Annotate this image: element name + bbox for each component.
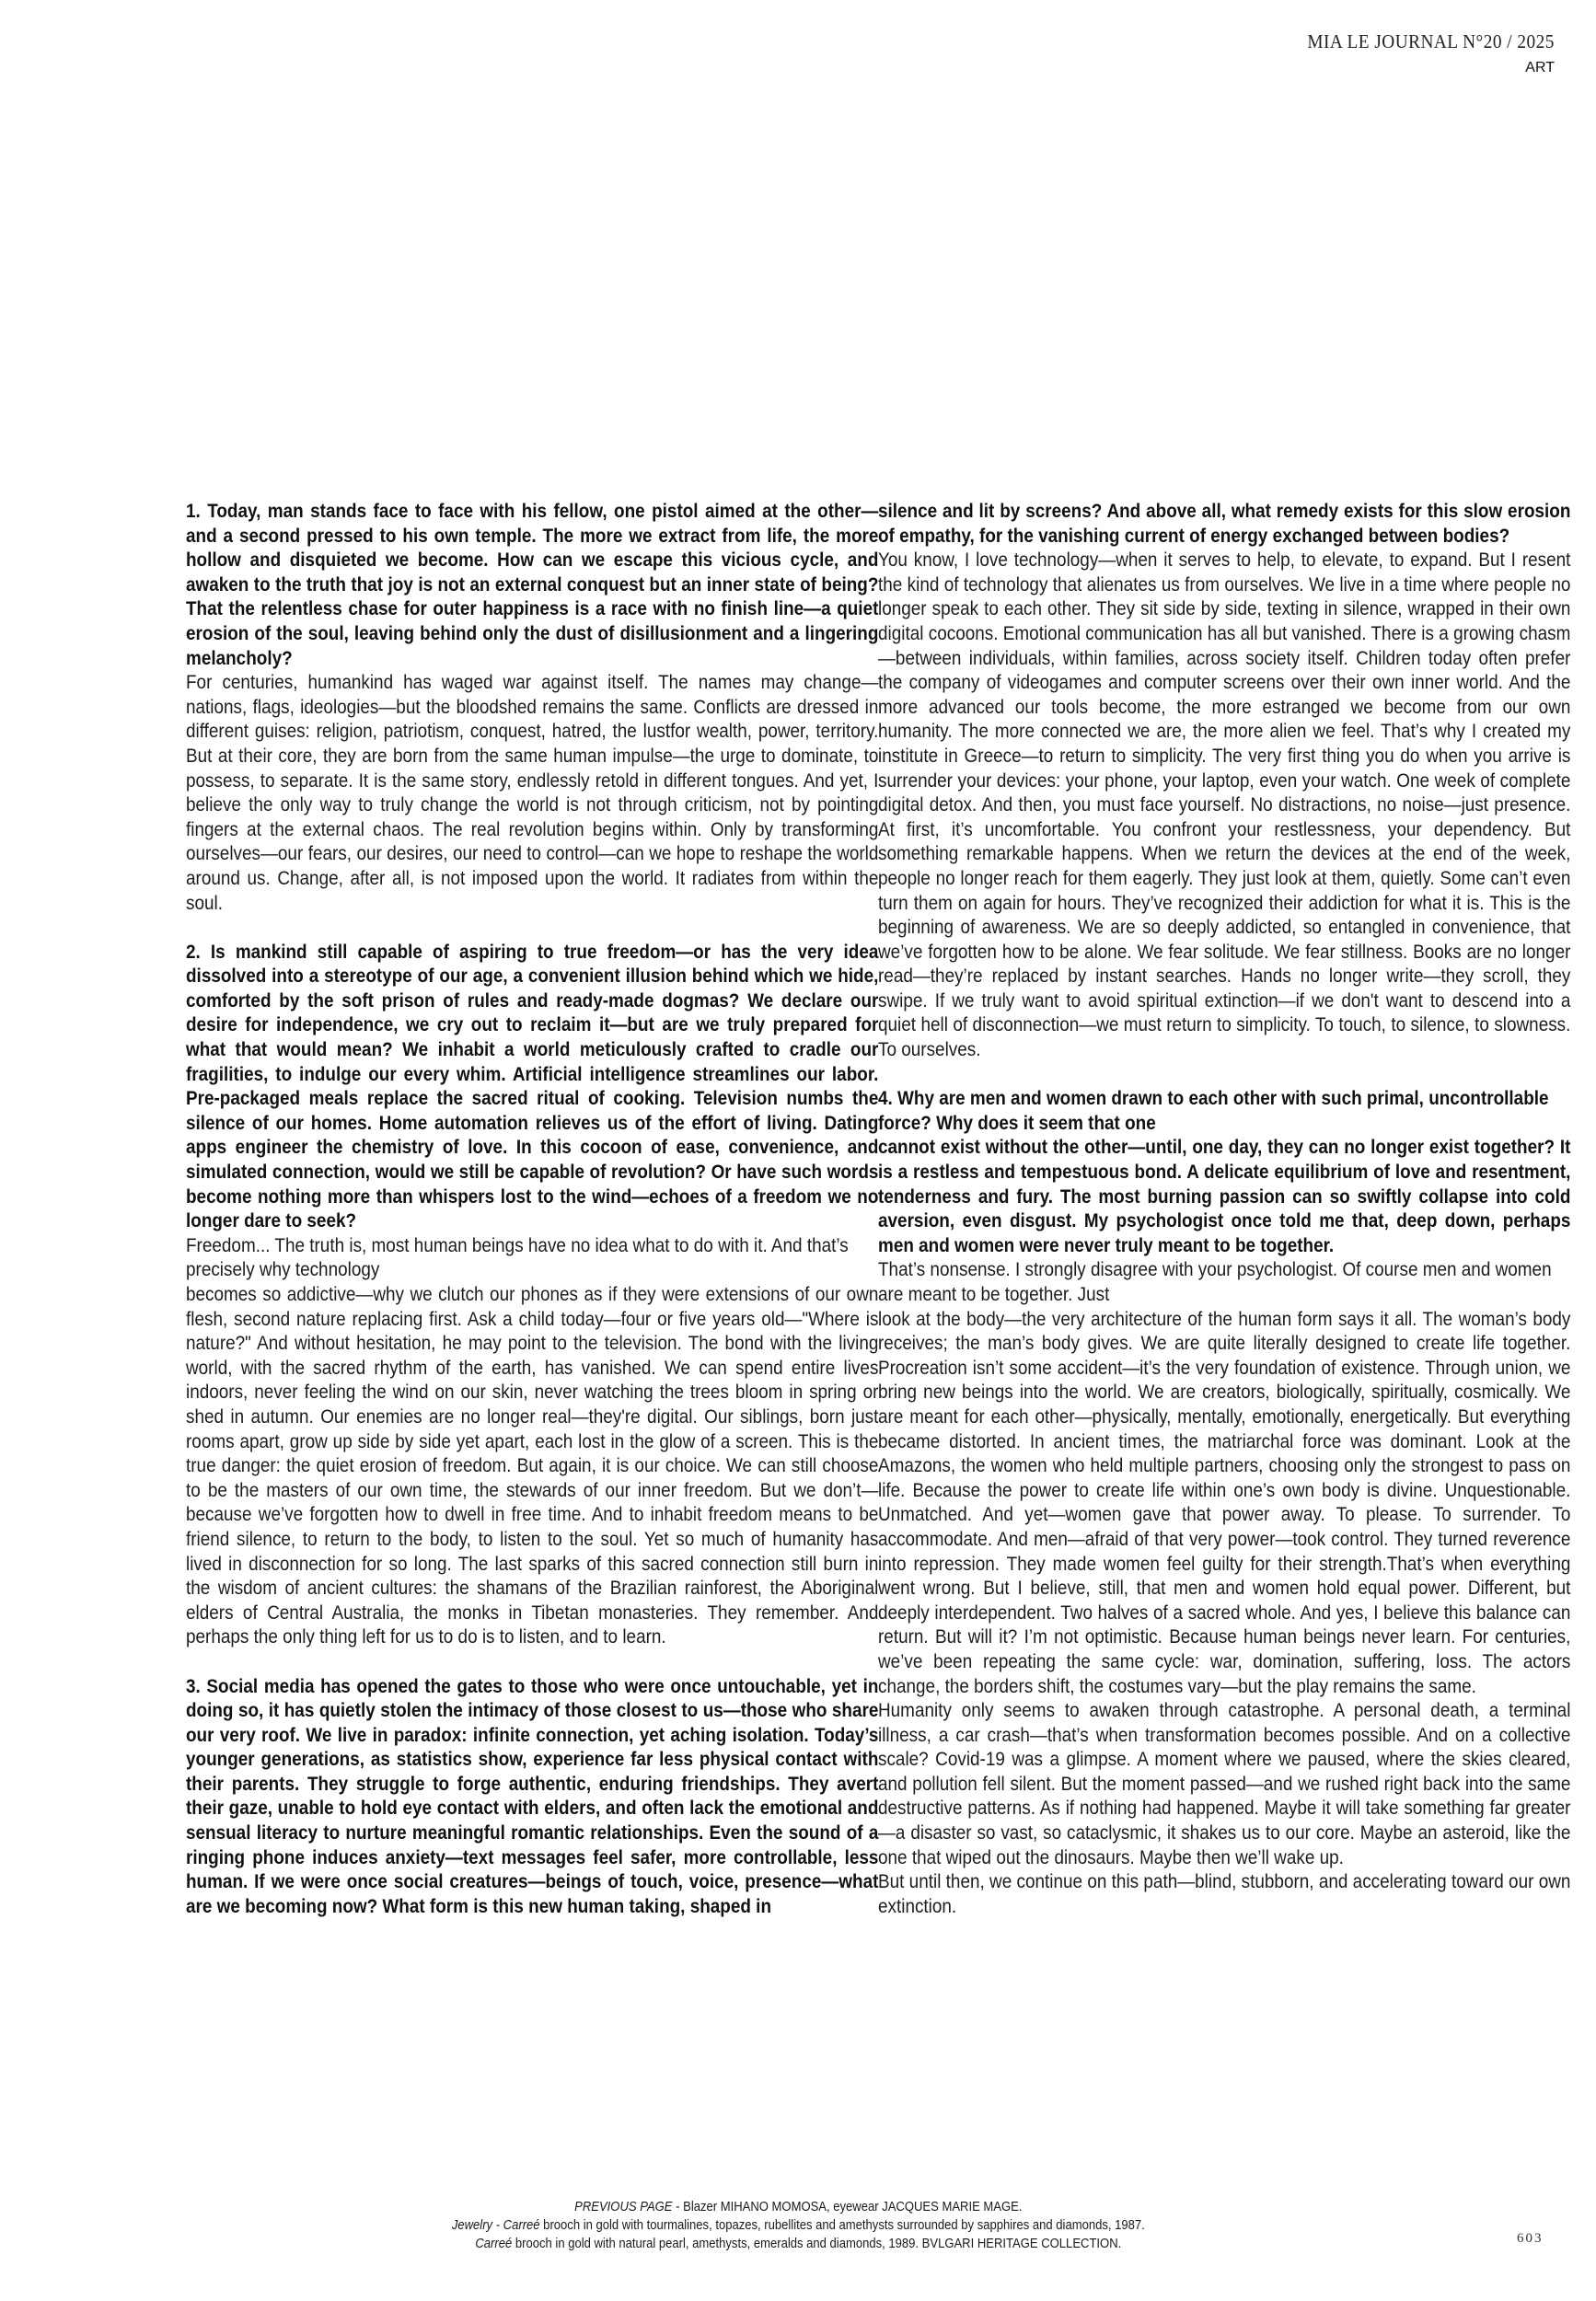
caption-line-2-label: Jewelry - Carreé bbox=[452, 2218, 540, 2233]
article-body: 1. Today, man stands face to face with h… bbox=[186, 499, 1556, 1918]
caption-line-2: Jewelry - Carreé brooch in gold with tou… bbox=[452, 2216, 1145, 2235]
page-number: 603 bbox=[1517, 2231, 1544, 2247]
question-1: 1. Today, man stands face to face with h… bbox=[186, 499, 878, 670]
question-3-part-1: 3. Social media has opened the gates to … bbox=[186, 1674, 878, 1919]
caption-line-1-text: - Blazer MIHANO MOMOSA, eyewear JACQUES … bbox=[672, 2200, 1022, 2214]
answer-4-part-3: Humanity only seems to awaken through ca… bbox=[878, 1698, 1570, 1869]
right-column: silence and lit by screens? And above al… bbox=[878, 499, 1570, 1918]
caption-line-1-label: PREVIOUS PAGE bbox=[574, 2200, 672, 2214]
caption-line-3-text: brooch in gold with natural pearl, ameth… bbox=[512, 2237, 1121, 2251]
answer-2-part-1: Freedom... The truth is, most human bein… bbox=[186, 1233, 878, 1282]
question-3-part-2: silence and lit by screens? And above al… bbox=[878, 499, 1570, 548]
caption-line-3-label: Carreé bbox=[475, 2237, 512, 2251]
answer-4-part-4: But until then, we continue on this path… bbox=[878, 1869, 1570, 1918]
answer-3: You know, I love technology—when it serv… bbox=[878, 548, 1570, 1061]
answer-4-part-1: That’s nonsense. I strongly disagree wit… bbox=[878, 1257, 1570, 1306]
answer-2-part-2: becomes so addictive—why we clutch our p… bbox=[186, 1282, 878, 1649]
question-4-part-2: cannot exist without the other—until, on… bbox=[878, 1135, 1570, 1257]
left-column: 1. Today, man stands face to face with h… bbox=[186, 499, 878, 1918]
question-4-part-1: 4. Why are men and women drawn to each o… bbox=[878, 1086, 1570, 1135]
caption-line-1: PREVIOUS PAGE - Blazer MIHANO MOMOSA, ey… bbox=[452, 2198, 1145, 2216]
answer-1: For centuries, humankind has waged war a… bbox=[186, 670, 878, 915]
caption-line-3: Carreé brooch in gold with natural pearl… bbox=[452, 2235, 1145, 2253]
caption-line-2-text: brooch in gold with tourmalines, topazes… bbox=[539, 2218, 1144, 2233]
question-2: 2. Is mankind still capable of aspiring … bbox=[186, 940, 878, 1233]
answer-4-part-2: look at the body—the very architecture o… bbox=[878, 1307, 1570, 1699]
photo-credits-caption: PREVIOUS PAGE - Blazer MIHANO MOMOSA, ey… bbox=[276, 2198, 1320, 2253]
journal-title: MIA LE JOURNAL N°20 / 2025 bbox=[1307, 29, 1555, 53]
section-label: ART bbox=[1286, 59, 1555, 77]
masthead: MIA LE JOURNAL N°20 / 2025 ART bbox=[1286, 29, 1555, 77]
